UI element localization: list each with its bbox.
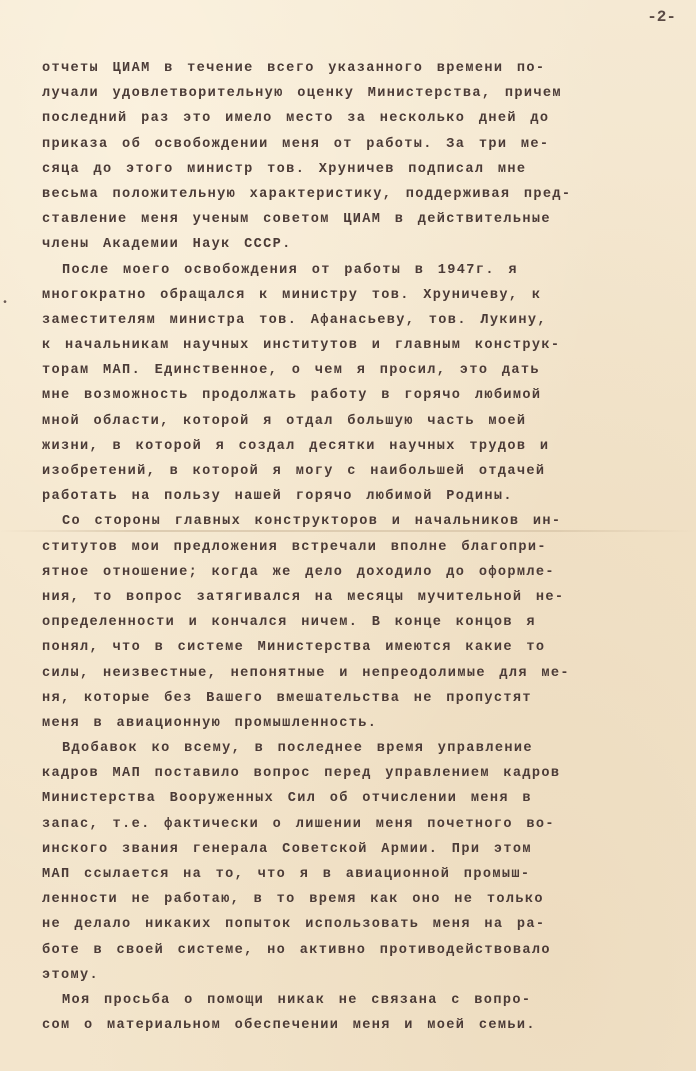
- text-line: члены Академии Наук СССР.: [42, 232, 642, 257]
- text-line: определенности и кончался ничем. В конце…: [42, 610, 642, 635]
- text-line: ставление меня ученым советом ЦИАМ в дей…: [42, 207, 642, 232]
- text-line: весьма положительную характеристику, под…: [42, 182, 642, 207]
- text-line: боте в своей системе, но активно противо…: [42, 938, 642, 963]
- text-line: Министерства Вооруженных Сил об отчислен…: [42, 786, 642, 811]
- text-line: отчеты ЦИАМ в течение всего указанного в…: [42, 56, 642, 81]
- page-number: -2-: [647, 8, 676, 26]
- text-line: изобретений, в которой я могу с наибольш…: [42, 459, 642, 484]
- text-line: ня, которые без Вашего вмешательства не …: [42, 686, 642, 711]
- margin-mark: •: [2, 298, 8, 309]
- text-line: мне возможность продолжать работу в горя…: [42, 383, 642, 408]
- paragraph-first-line: Моя просьба о помощи никак не связана с …: [42, 988, 642, 1013]
- text-line: ния, то вопрос затягивался на месяцы муч…: [42, 585, 642, 610]
- text-line: запас, т.е. фактически о лишении меня по…: [42, 812, 642, 837]
- text-line: многократно обращался к министру тов. Хр…: [42, 283, 642, 308]
- text-line: заместителям министра тов. Афанасьеву, т…: [42, 308, 642, 333]
- text-line: меня в авиационную промышленность.: [42, 711, 642, 736]
- text-line: сом о материальном обеспечении меня и мо…: [42, 1013, 642, 1038]
- text-line: работать на пользу нашей горячо любимой …: [42, 484, 642, 509]
- text-line: торам МАП. Единственное, о чем я просил,…: [42, 358, 642, 383]
- text-line: МАП ссылается на то, что я в авиационной…: [42, 862, 642, 887]
- text-line: понял, что в системе Министерства имеютс…: [42, 635, 642, 660]
- document-page: -2- • отчеты ЦИАМ в течение всего указан…: [0, 0, 696, 1071]
- text-line: лучали удовлетворительную оценку Министе…: [42, 81, 642, 106]
- text-line: приказа об освобождении меня от работы. …: [42, 132, 642, 157]
- text-line: мной области, которой я отдал большую ча…: [42, 409, 642, 434]
- text-line: не делало никаких попыток использовать м…: [42, 912, 642, 937]
- text-line: к начальникам научных институтов и главн…: [42, 333, 642, 358]
- text-line: силы, неизвестные, непонятные и непреодо…: [42, 661, 642, 686]
- text-line: жизни, в которой я создал десятки научны…: [42, 434, 642, 459]
- text-line: ятное отношение; когда же дело доходило …: [42, 560, 642, 585]
- paragraph-first-line: После моего освобождения от работы в 194…: [42, 258, 642, 283]
- text-line: сяца до этого министр тов. Хруничев подп…: [42, 157, 642, 182]
- paragraph-first-line: Вдобавок ко всему, в последнее время упр…: [42, 736, 642, 761]
- text-line: этому.: [42, 963, 642, 988]
- typewritten-body: отчеты ЦИАМ в течение всего указанного в…: [42, 56, 642, 1038]
- text-line: ститутов мои предложения встречали вполн…: [42, 535, 642, 560]
- text-line: инского звания генерала Советской Армии.…: [42, 837, 642, 862]
- text-line: кадров МАП поставило вопрос перед управл…: [42, 761, 642, 786]
- text-line: ленности не работаю, в то время как оно …: [42, 887, 642, 912]
- text-line: последний раз это имело место за несколь…: [42, 106, 642, 131]
- paragraph-first-line: Со стороны главных конструкторов и начал…: [42, 509, 642, 534]
